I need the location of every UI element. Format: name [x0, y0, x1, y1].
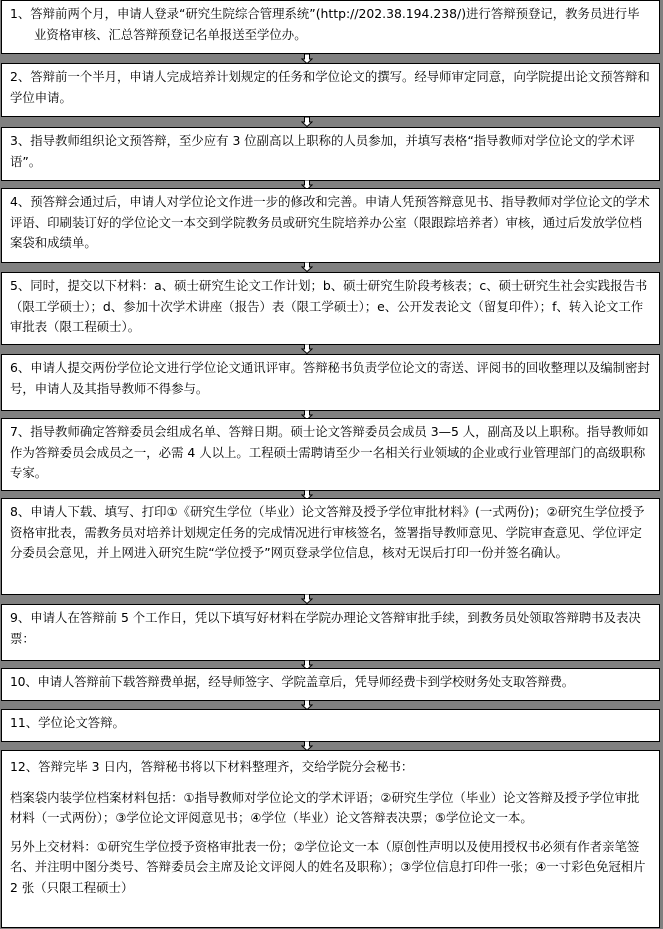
step-box-3: 3、指导教师组织论文预答辩，至少应有 3 位副高以上职称的人员参加，并填写表格“… [1, 127, 660, 181]
step-12-archive-materials: 档案袋内装学位档案材料包括：①指导教师对学位论文的学术评语；②研究生学位（毕业）… [10, 788, 651, 829]
down-arrow-icon [301, 262, 313, 272]
step-text-1: 1、答辩前两个月，申请人登录“研究生院综合管理系统”(http://202.38… [10, 4, 651, 45]
step-text-11: 11、学位论文答辩。 [10, 713, 651, 734]
step-box-10: 10、申请人答辩前下载答辩费单据，经导师签字、学院盖章后，凭导师经费卡到学校财务… [1, 668, 660, 701]
step-text-12: 12、答辩完毕 3 日内，答辩秘书将以下材料整理齐，交给学院分会秘书： [10, 757, 651, 778]
step-text-8: 8、申请人下载、填写、打印①《研究生学位（毕业）论文答辩及授予学位审批材料》(一… [10, 502, 651, 564]
step-text-5: 5、同时，提交以下材料：a、硕士研究生论文工作计划；b、硕士研究生阶段考核表；c… [10, 276, 651, 338]
down-arrow-icon [301, 117, 313, 127]
step-box-1: 1、答辩前两个月，申请人登录“研究生院综合管理系统”(http://202.38… [1, 0, 660, 54]
step-box-2: 2、答辩前一个半月，申请人完成培养计划规定的任务和学位论文的撰写。经导师审定同意… [1, 63, 660, 117]
step-box-5: 5、同时，提交以下材料：a、硕士研究生论文工作计划；b、硕士研究生阶段考核表；c… [1, 272, 660, 345]
step-box-9: 9、申请人在答辩前 5 个工作日，凭以下填写好材料在学院办理论文答辩审批手续，到… [1, 604, 660, 661]
down-arrow-icon [301, 344, 313, 354]
step-box-12: 12、答辩完毕 3 日内，答辩秘书将以下材料整理齐，交给学院分会秘书： 档案袋内… [1, 750, 660, 928]
step-box-8: 8、申请人下载、填写、打印①《研究生学位（毕业）论文答辩及授予学位审批材料》(一… [1, 498, 660, 595]
step-text-9: 9、申请人在答辩前 5 个工作日，凭以下填写好材料在学院办理论文答辩审批手续，到… [10, 608, 651, 649]
step-text-2: 2、答辩前一个半月，申请人完成培养计划规定的任务和学位论文的撰写。经导师审定同意… [10, 67, 651, 108]
step-text-7: 7、指导教师确定答辩委员会组成名单、答辩日期。硕士论文答辩委员会成员 3—5 人… [10, 422, 651, 484]
step-box-6: 6、申请人提交两份学位论文进行学位论文通讯评审。答辩秘书负责学位论文的寄送、评阅… [1, 354, 660, 411]
step-text-6: 6、申请人提交两份学位论文进行学位论文通讯评审。答辩秘书负责学位论文的寄送、评阅… [10, 358, 651, 399]
step-text-3: 3、指导教师组织论文预答辩，至少应有 3 位副高以上职称的人员参加，并填写表格“… [10, 131, 651, 172]
down-arrow-icon [301, 594, 313, 604]
step-box-4: 4、预答辩会通过后，申请人对学位论文作进一步的修改和完善。申请人凭预答辩意见书、… [1, 188, 660, 263]
step-box-11: 11、学位论文答辩。 [1, 709, 660, 742]
step-text-4: 4、预答辩会通过后，申请人对学位论文作进一步的修改和完善。申请人凭预答辩意见书、… [10, 192, 651, 254]
step-text-10: 10、申请人答辩前下载答辩费单据，经导师签字、学院盖章后，凭导师经费卡到学校财务… [10, 672, 651, 693]
step-12-additional-materials: 另外上交材料：①研究生学位授予资格审批表一份；②学位论文一本（原创性声明以及使用… [10, 837, 651, 899]
step-box-7: 7、指导教师确定答辩委员会组成名单、答辩日期。硕士论文答辩委员会成员 3—5 人… [1, 418, 660, 491]
